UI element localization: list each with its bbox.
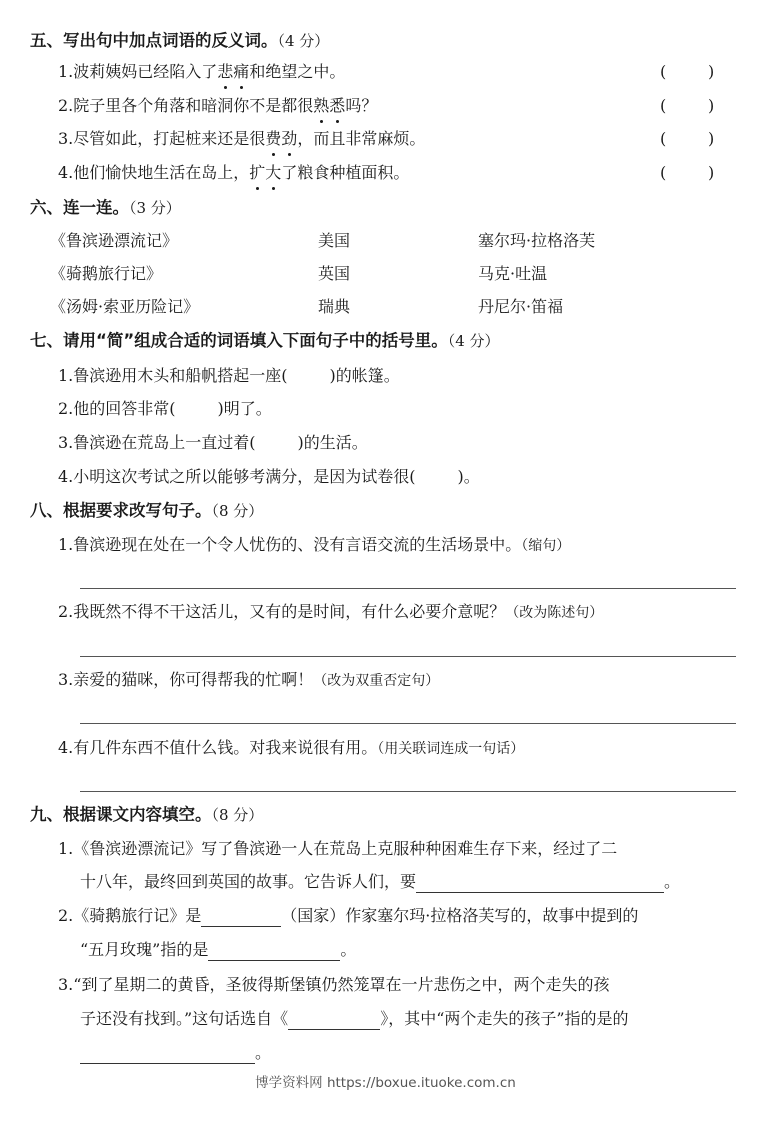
item-text: 鲁滨逊用木头和船帆搭起一座( [73, 366, 287, 385]
s7-item-4: 4.小明这次考试之所以能够考满分，是因为试卷很()。 [58, 466, 480, 488]
item-text: 。 [340, 940, 356, 959]
item-hint: （改为双重否定句） [313, 673, 439, 689]
emphasis-dot-char: 费 [265, 128, 281, 150]
paren-left: ( [660, 162, 666, 184]
paren-left: ( [660, 61, 666, 83]
match-country-3[interactable]: 瑞典 [318, 296, 350, 318]
section-5-title-text: 五、写出句中加点词语的反义词。 [30, 31, 278, 50]
answer-line-4[interactable] [80, 791, 736, 792]
s5-item-1: 1.波莉姨妈已经陷入了悲痛和绝望之中。 [58, 61, 345, 83]
item-number: 1. [58, 62, 73, 81]
dotted-word: 熟悉 [313, 96, 345, 115]
section-7-title-text: 七、请用“简”组成合适的词语填入下面句子中的括号里。 [30, 331, 448, 350]
item-text: 。 [255, 1043, 271, 1062]
fill-blank[interactable] [416, 874, 664, 893]
fill-blank[interactable] [208, 942, 340, 961]
item-text: 他们愉快地生活在岛上， [73, 163, 249, 182]
item-text: 2.《骑鹅旅行记》是 [58, 906, 201, 925]
item-text: 亲爱的猫咪，你可得帮我的忙啊！ [73, 670, 313, 689]
item-text: 十八年，最终回到英国的故事。它告诉人们，要 [80, 872, 416, 891]
item-number: 3. [58, 129, 73, 148]
paren-right: ) [708, 61, 714, 83]
paren-right: ) [708, 162, 714, 184]
s9-q1-line-2: 十八年，最终回到英国的故事。它告诉人们，要。 [80, 871, 680, 893]
item-text: )的生活。 [298, 433, 368, 452]
answer-line-1[interactable] [80, 588, 736, 589]
item-text: 。 [664, 872, 680, 891]
item-text: 了粮食种植面积。 [281, 163, 409, 182]
section-7-points: （4 分） [448, 332, 500, 350]
section-5-points: （4 分） [278, 32, 330, 50]
section-6-points: （3 分） [129, 199, 181, 217]
match-author-3[interactable]: 丹尼尔·笛福 [478, 296, 563, 318]
s9-q2-line-2: “五月玫瑰”指的是。 [80, 939, 356, 961]
item-text: 他的回答非常( [73, 399, 175, 418]
item-number: 3. [58, 670, 73, 689]
dotted-word: 悲痛 [217, 62, 249, 81]
s5-item-3: 3.尽管如此，打起桩来还是很费劲，而且非常麻烦。 [58, 128, 425, 150]
emphasis-dot-char: 劲 [281, 128, 297, 150]
answer-line-3[interactable] [80, 723, 736, 724]
item-text: 鲁滨逊在荒岛上一直过着( [73, 433, 255, 452]
emphasis-dot-char: 熟 [313, 95, 329, 117]
s5-item-2: 2.院子里各个角落和暗洞你不是都很熟悉吗？ [58, 95, 377, 117]
match-country-1[interactable]: 美国 [318, 230, 350, 252]
item-number: 3. [58, 433, 73, 452]
item-hint: （改为陈述句） [505, 605, 603, 621]
s8-item-2: 2.我既然不得不干这活儿，又有的是时间，有什么必要介意呢？（改为陈述句） [58, 601, 603, 624]
section-6-title-text: 六、连一连。 [30, 198, 129, 217]
section-8-title: 八、根据要求改写句子。（8 分） [30, 500, 263, 522]
item-text: ，而且非常麻烦。 [297, 129, 425, 148]
match-author-2[interactable]: 马克·吐温 [478, 263, 547, 285]
fill-blank[interactable] [288, 1011, 380, 1030]
dotted-word: 费劲 [265, 129, 297, 148]
paren-left: ( [660, 128, 666, 150]
item-text: )明了。 [218, 399, 272, 418]
section-9-points: （8 分） [212, 806, 264, 824]
item-text: （国家）作家塞尔玛·拉格洛芙写的，故事中提到的 [281, 906, 638, 925]
item-text: 波莉姨妈已经陷入了 [73, 62, 217, 81]
item-text: “五月玫瑰”指的是 [80, 940, 208, 959]
s8-item-1: 1.鲁滨逊现在处在一个令人忧伤的、没有言语交流的生活场景中。（缩句） [58, 534, 570, 557]
paren-right: ) [708, 95, 714, 117]
item-text: 和绝望之中。 [249, 62, 345, 81]
s9-q2-line-1: 2.《骑鹅旅行记》是（国家）作家塞尔玛·拉格洛芙写的，故事中提到的 [58, 905, 638, 927]
emphasis-dot-char: 大 [265, 162, 281, 184]
item-text: 吗？ [345, 96, 377, 115]
dotted-word: 扩大 [249, 163, 281, 182]
item-text: 院子里各个角落和暗洞你不是都很 [73, 96, 313, 115]
footer-watermark: 博学资料网 https://boxue.ituoke.com.cn [0, 1071, 771, 1091]
s8-item-4: 4.有几件东西不值什么钱。对我来说很有用。（用关联词连成一句话） [58, 737, 524, 760]
item-text: )。 [458, 467, 480, 486]
item-hint: （用关联词连成一句话） [377, 741, 524, 757]
s9-q3-line-3: 。 [80, 1042, 271, 1064]
section-9-title: 九、根据课文内容填空。（8 分） [30, 804, 263, 826]
emphasis-dot-char: 悲痛 [217, 62, 249, 81]
s9-q1-line-1: 1.《鲁滨逊漂流记》写了鲁滨逊一人在荒岛上克服种种困难生存下来，经过了二 [58, 838, 617, 860]
item-text: 我既然不得不干这活儿，又有的是时间，有什么必要介意呢？ [73, 602, 505, 621]
fill-blank[interactable] [80, 1045, 255, 1064]
emphasis-dot-char: 扩 [249, 162, 265, 184]
s7-item-3: 3.鲁滨逊在荒岛上一直过着()的生活。 [58, 432, 368, 454]
item-text: 》，其中“两个走失的孩子”指的是的 [380, 1009, 628, 1028]
paren-right: ) [708, 128, 714, 150]
match-book-2[interactable]: 《骑鹅旅行记》 [50, 263, 162, 285]
s7-item-2: 2.他的回答非常()明了。 [58, 398, 272, 420]
section-9-title-text: 九、根据课文内容填空。 [30, 805, 212, 824]
item-number: 4. [58, 738, 73, 757]
paren-left: ( [660, 95, 666, 117]
item-number: 1. [58, 366, 73, 385]
item-number: 2. [58, 96, 73, 115]
item-text: 有几件东西不值什么钱。对我来说很有用。 [73, 738, 377, 757]
match-author-1[interactable]: 塞尔玛·拉格洛芙 [478, 230, 595, 252]
worksheet-page: 五、写出句中加点词语的反义词。（4 分） 1.波莉姨妈已经陷入了悲痛和绝望之中。… [0, 0, 771, 1122]
section-8-points: （8 分） [212, 502, 264, 520]
s9-q3-line-1: 3.“到了星期二的黄昏，圣彼得斯堡镇仍然笼罩在一片悲伤之中，两个走失的孩 [58, 974, 609, 996]
s7-item-1: 1.鲁滨逊用木头和船帆搭起一座()的帐篷。 [58, 365, 400, 387]
emphasis-dot-char: 悉 [329, 95, 345, 117]
item-number: 2. [58, 602, 73, 621]
match-book-1[interactable]: 《鲁滨逊漂流记》 [50, 230, 178, 252]
emphasis-dot-char: 悲 [217, 61, 233, 83]
section-5-title: 五、写出句中加点词语的反义词。（4 分） [30, 30, 329, 52]
item-number: 2. [58, 399, 73, 418]
item-text: 小明这次考试之所以能够考满分，是因为试卷很( [73, 467, 415, 486]
match-country-2[interactable]: 英国 [318, 263, 350, 285]
section-8-title-text: 八、根据要求改写句子。 [30, 501, 212, 520]
item-number: 4. [58, 467, 73, 486]
item-text: 尽管如此，打起桩来还是很 [73, 129, 265, 148]
fill-blank[interactable] [201, 908, 281, 927]
s9-q3-line-2: 子还没有找到。”这句话选自《》，其中“两个走失的孩子”指的是的 [80, 1008, 629, 1030]
item-number: 1. [58, 535, 73, 554]
section-7-title: 七、请用“简”组成合适的词语填入下面句子中的括号里。（4 分） [30, 330, 500, 352]
item-text: 鲁滨逊现在处在一个令人忧伤的、没有言语交流的生活场景中。 [73, 535, 521, 554]
emphasis-dot-char: 痛 [233, 61, 249, 83]
answer-line-2[interactable] [80, 656, 736, 657]
section-6-title: 六、连一连。（3 分） [30, 197, 181, 219]
s8-item-3: 3.亲爱的猫咪，你可得帮我的忙啊！（改为双重否定句） [58, 669, 439, 692]
match-book-3[interactable]: 《汤姆·索亚历险记》 [50, 296, 199, 318]
item-text: )的帐篷。 [330, 366, 400, 385]
item-number: 4. [58, 163, 73, 182]
s5-item-4: 4.他们愉快地生活在岛上，扩大了粮食种植面积。 [58, 162, 409, 184]
item-hint: （缩句） [521, 538, 570, 554]
item-text: 子还没有找到。”这句话选自《 [80, 1009, 288, 1028]
